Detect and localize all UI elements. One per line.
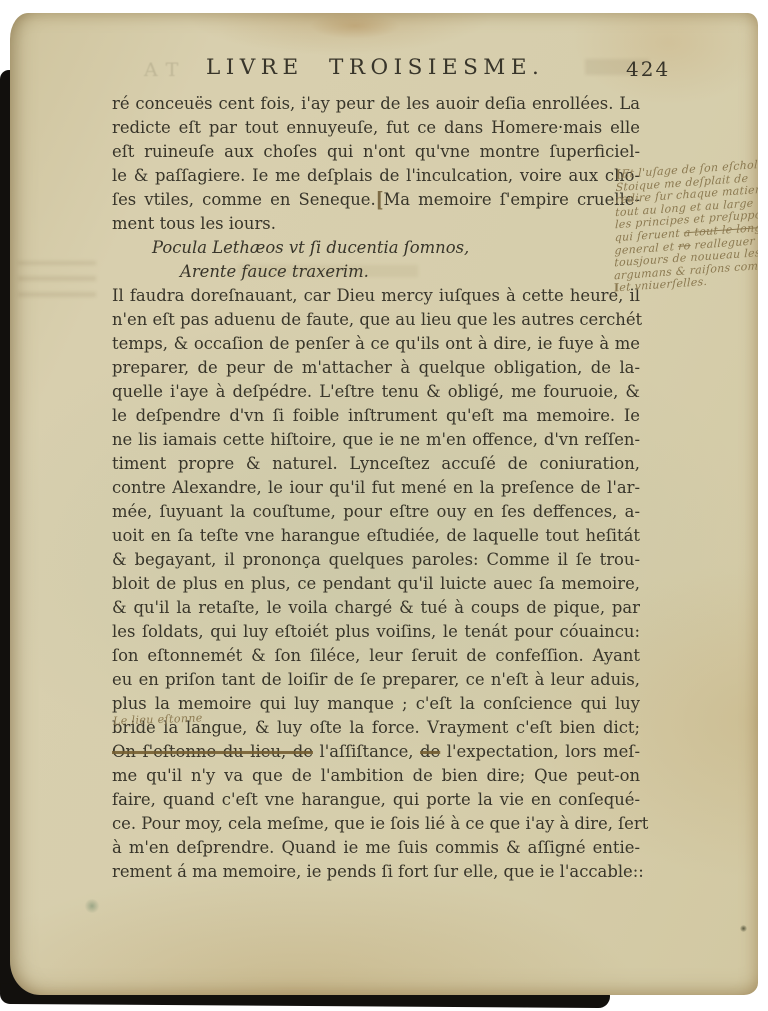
text-segment: l'expectation, lors meſ- [440,742,640,761]
paper-stain [740,925,747,932]
latin-verse-quote: Pocula Lethæos vt ſi ducentia ſomnos,Are… [112,236,640,284]
text-line: & qu'il la retaſte, le voila chargé & tu… [112,596,640,620]
paragraph-1: ré conceuës cent fois, i'ay peur de les … [112,92,640,188]
struck-text: On ſ'eſtonne du lieu, de [112,742,313,761]
text-line: n'en eſt pas aduenu de faute, que au lie… [112,308,640,332]
text-segment: ſes vtiles, comme en Seneque. [112,190,376,209]
text-line: Il faudra doreſnauant, car Dieu mercy iu… [112,284,640,308]
page-number: 424 [626,57,670,81]
text-line: ſon eſtonnemét & ſon ſiléce, leur ſeruit… [112,644,640,668]
text-line: mée, ſuyuant la couſtume, pour eſtre ouy… [112,500,640,524]
text-line: bloit de plus en plus, ce pendant qu'il … [112,572,640,596]
scanned-book-photo: AT LIVRE TROISIESME. 424 ré conceuës cen… [0,0,768,1011]
text-line: rement á ma memoire, ie pends ſi fort ſu… [112,860,640,884]
text-line: ment tous les iours. [112,212,640,236]
paragraph-2: Il faudra doreſnauant, car Dieu mercy iu… [112,284,640,740]
text-line: & begayant, il prononça quelques paroles… [112,548,640,572]
pen-bracket-mark: [ [376,185,384,215]
text-segment: l'aſſiſtance, [313,742,420,761]
text-line: quelle i'aye à deſpédre. L'eſtre tenu & … [112,380,640,404]
text-segment: Ma memoire ſ'empire cruelle- [383,190,640,209]
text-line: eſt ruineuſe aux choſes qui n'ont qu'vne… [112,140,640,164]
running-header-title: LIVRE TROISIESME. [206,55,544,80]
text-line: contre Alexandre, le iour qu'il fut mené… [112,476,640,500]
text-line: preparer, de peur de m'attacher à quelqu… [112,356,640,380]
paragraph-2-end: me qu'il n'y va que de l'ambition de bie… [112,764,640,884]
book-page: AT LIVRE TROISIESME. 424 ré conceuës cen… [10,13,758,995]
text-line: uoit en ſa teſte vne harangue eſtudiée, … [112,524,640,548]
text-line-with-pen-mark: ſes vtiles, comme en Seneque.[Ma memoire… [112,188,640,212]
text-line: ce. Pour moy, cela meſme, que ie ſois li… [112,812,640,836]
ink-bleedthrough [18,261,96,297]
quote-line: Arente fauce traxerim. [180,260,640,284]
text-line: à m'en deſprendre. Quand ie me ſuis comm… [112,836,640,860]
text-line: me qu'il n'y va que de l'ambition de bie… [112,764,640,788]
quote-line: Pocula Lethæos vt ſi ducentia ſomnos, [152,236,640,260]
text-line: ne lis iamais cette hiſtoire, que ie ne … [112,428,640,452]
text-line: eu en priſon tant de loiſir de ſe prepar… [112,668,640,692]
text-line: les ſoldats, qui luy eſtoiét plus voiſin… [112,620,640,644]
text-line: le deſpendre d'vn ſi foible inſtrument q… [112,404,640,428]
paper-stain [310,13,400,39]
struck-text-line: On ſ'eſtonne du lieu, de l'aſſiſtance, d… [112,740,640,764]
text-line: timent propre & naturel. Lynceſtez accuſ… [112,452,640,476]
bleedthrough-letters: AT [144,59,187,81]
paper-stain [84,899,100,913]
handwritten-margin-note: [Et l'uſage de ſon eſchole Stoique me de… [614,157,758,296]
body-text: ré conceuës cent fois, i'ay peur de les … [112,92,640,884]
text-line: redicte eſt par tout ennuyeuſe, fut ce d… [112,116,640,140]
text-line: temps, & occaſion de penſer à ce qu'ils … [112,332,640,356]
text-line: faire, quand c'eſt vne harangue, qui por… [112,788,640,812]
text-line: ré conceuës cent fois, i'ay peur de les … [112,92,640,116]
struck-text: de [420,742,440,761]
